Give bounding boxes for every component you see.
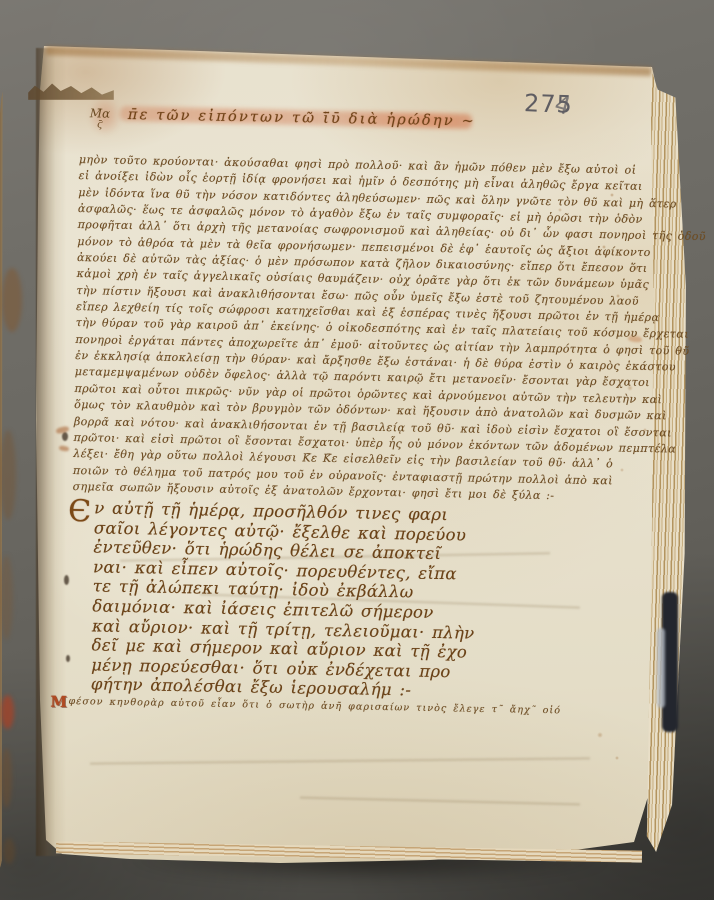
red-ornament-bleed [1, 695, 14, 729]
chapter-number-sub: ϛ̄ [89, 119, 110, 130]
manuscript-photo: 2745 Μ̄α ϛ̄ π̄ε τῶν εἰπόντων τῶ ϊ̄ῡ διὰ … [0, 0, 714, 900]
stain [0, 430, 16, 520]
folio-number: 2745 [524, 89, 574, 119]
sewing-hole [64, 575, 69, 585]
stain [0, 555, 13, 640]
gospel-text: Є ν αὐτῇ τῇ ἡμέρᾳ, προσῆλθόν τινες φαρισ… [91, 498, 515, 702]
page-edge-highlight [657, 628, 665, 708]
initial-mu-rubric: Μ [50, 693, 68, 711]
stain [1, 748, 12, 808]
initial-epsilon: Є [68, 494, 92, 529]
gospel-lines: ν αὐτῇ τῇ ἡμέρᾳ, προσῆλθόν τινες φαρισαῖ… [91, 498, 515, 702]
commentary-text: μηὸν τοῦτο κρούονται· ἀκούσαθαι φησὶ πρὸ… [72, 152, 638, 506]
sewing-hole [66, 655, 70, 662]
stain [2, 268, 22, 332]
gutter-crease [36, 48, 66, 856]
folio-corrected-digit: 45 [556, 90, 573, 119]
stain [3, 838, 15, 864]
folio-new-digit: 5 [556, 90, 573, 119]
chapter-number: Μ̄α ϛ̄ [89, 108, 110, 130]
sewing-hole [62, 432, 68, 441]
